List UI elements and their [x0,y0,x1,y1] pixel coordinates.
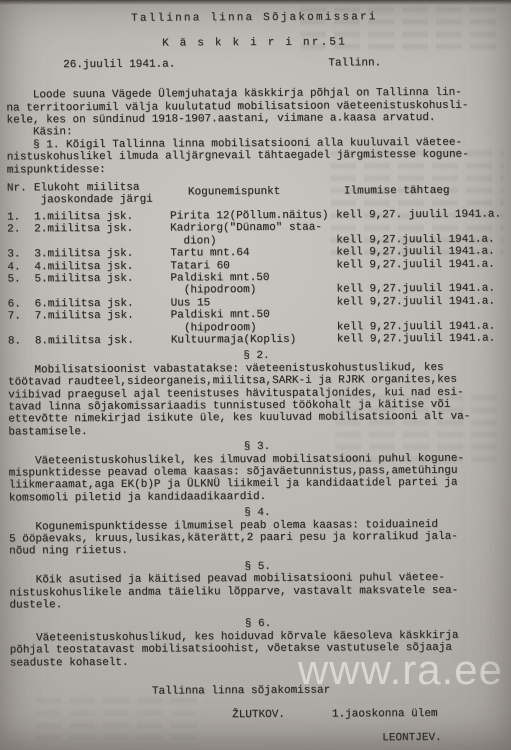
table-header-nr: Nr. [7,182,34,207]
cell-district: 3.miilitsa jsk. [34,248,170,261]
cell-point: Tatari 60 [170,259,336,272]
cell-point: Kadriorg("Dünamo" staa- dion) [170,222,336,248]
cell-point: Paldiski mnt.50 (hipodroom) [171,309,337,335]
document-org-title: Tallinna linna Sõjakomissari [6,10,503,25]
section-6-body: Väeteenistuskohuslikud, kes hoiduvad kõr… [10,629,507,669]
signature-block: Tallinna linna sõjakomissar ŽLUTKOV. 1.j… [10,684,507,747]
signature-names-row: ŽLUTKOV. 1.jaoskonna ülem [10,707,507,722]
section-5: § 5. Kõik asutised ja käitised peavad mo… [9,559,506,612]
document-order-title: K ä s k k i r i nr.51 [6,36,503,51]
table-row: 5. 5.miilitsa jsk. Paldiski mnt.50 (hipo… [7,270,504,298]
section-2-body: Mobilisatsioonist vabastatakse: väeteeni… [8,361,505,438]
signature-role-commissar: Tallinna linna sõjakomissar [152,684,507,699]
cell-district: 4.miilitsa jsk. [34,260,170,273]
section-2: § 2. Mobilisatsioonist vabastatakse: väe… [8,349,506,439]
cell-time: kell 9,27.juulil 1941.a. [337,320,505,333]
intro-paragraph: Loode suuna Vägede Ülemjuhataja käskkirj… [6,87,504,177]
cell-nr: 6. [8,298,35,311]
dateline: 26.juulil 1941.a. Tallinn. [6,56,503,71]
cell-time: kell 9,27.juulil 1941.a. [337,295,505,308]
cell-nr: 3. [7,248,34,261]
table-body: 1. 1.miilitsa jsk. Pirita 12(Põllum.näit… [7,208,505,348]
table-row: 7. 7.miilitsa jsk. Paldiski mnt.50 (hipo… [8,308,505,336]
table-header-time: Ilmumise tähtaeg [336,180,504,206]
cell-point: Paldiski mnt.50 (hipodroom) [170,271,336,297]
section-5-body: Kõik asutised ja käitised peavad mobilis… [9,572,506,612]
cell-time: kell 9,27.juulil 1941.a. [337,332,505,345]
scanned-document-page: Tallinna linna Sõjakomissari K ä s k k i… [0,0,511,750]
cell-nr: 4. [7,261,34,274]
section-3-body: Väeteenistuskohuslikel, kes ilmuvad mobi… [8,452,505,505]
cell-district: 6.miilitsa jsk. [35,297,171,310]
table-header-district: Elukoht miilitsa jaoskondade järgi [34,182,170,208]
signature-name-zlutkov: ŽLUTKOV. [232,708,285,721]
cell-district: 7.miilitsa jsk. [35,310,171,336]
cell-district: 1.miilitsa jsk. [34,210,170,223]
cell-district: 5.miilitsa jsk. [34,272,170,298]
mobilization-table: Nr. Elukoht miilitsa jaoskondade järgi K… [7,180,505,348]
section-4: § 4. Kogunemispunktidesse ilmumisel peab… [9,506,506,559]
cell-point: Uus 15 [171,296,337,309]
cell-time: kell 9,27.juulil 1941.a. [336,283,504,296]
document-date: 26.juulil 1941.a. [63,58,175,71]
document-place: Tallinn. [328,57,381,70]
cell-district: 2.miilitsa jsk. [34,223,170,249]
cell-nr: 5. [7,273,34,298]
cell-nr: 1. [7,211,34,224]
cell-nr: 7. [8,310,35,335]
document-content: Tallinna linna Sõjakomissari K ä s k k i… [0,0,511,747]
cell-time: kell 9,27.juulil 1941.a. [336,258,504,271]
table-header-point: Kogunemispunkt [170,181,336,207]
cell-nr: 2. [7,224,34,249]
section-3: § 3. Väeteenistuskohuslikel, kes ilmuvad… [8,440,505,505]
cell-point: Kultuurmaja(Koplis) [171,333,337,346]
table-row: 2. 2.miilitsa jsk. Kadriorg("Dünamo" sta… [7,221,504,249]
section-4-body: Kogunemispunktidesse ilmumisel peab olem… [9,518,506,558]
signature-role-section-chief: 1.jaoskonna ülem [332,707,438,720]
cell-point: Tartu mnt.64 [170,247,336,260]
table-header-row: Nr. Elukoht miilitsa jaoskondade järgi K… [7,180,504,208]
cell-nr: 8. [8,335,35,348]
cell-time: kell 9,27. juulil 1941.a. [336,208,504,221]
table-row: 8. 8.miilitsa jsk. Kultuurmaja(Koplis) k… [8,332,505,347]
cell-district: 8.miilitsa jsk. [35,334,171,347]
cell-time: kell 9,27.juulil 1941.a. [336,233,504,246]
cell-time: kell 9,27.juulil 1941.a. [336,246,504,259]
signature-name-leontjev: LEONTJEV. [382,731,507,744]
section-6: § 6. Väeteenistuskohuslikud, kes hoiduva… [10,617,507,670]
